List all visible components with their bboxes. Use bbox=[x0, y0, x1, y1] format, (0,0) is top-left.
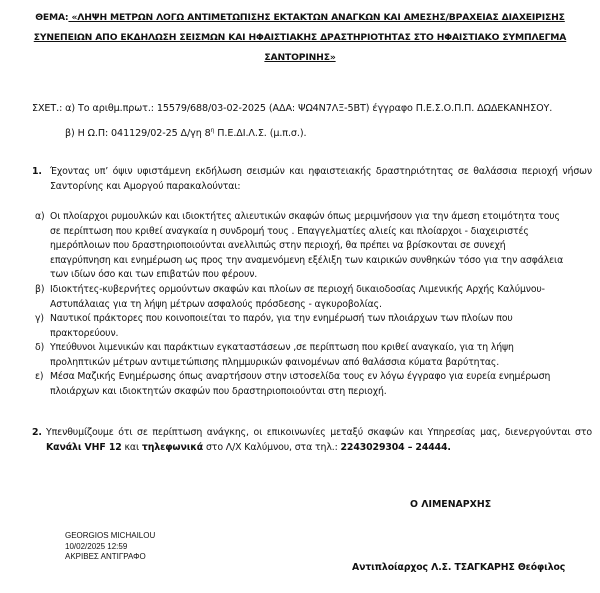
list-item-b: β) Ιδιοκτήτες-κυβερνήτες ορμούντων σκαφώ… bbox=[35, 283, 565, 312]
paragraph-number: 1. bbox=[32, 165, 42, 180]
stamp-datetime: 10/02/2025 12:59 bbox=[65, 542, 155, 553]
vhf-channel: Κανάλι VHF 12 bbox=[46, 442, 122, 453]
text-segment: και bbox=[122, 442, 142, 453]
list-item-e: ε) Μέσα Μαζικής Ενημέρωσης όπως αναρτήσο… bbox=[35, 370, 565, 399]
list-item-text: Οι πλοίαρχοι ρυμουλκών και ιδιοκτήτες αλ… bbox=[50, 210, 565, 283]
phone-emphasis: τηλεφωνικά bbox=[142, 442, 203, 453]
list-marker: β) bbox=[35, 283, 44, 298]
list-marker: γ) bbox=[35, 312, 44, 327]
list-marker: α) bbox=[35, 210, 45, 225]
subject-label: ΘΕΜΑ: bbox=[35, 12, 68, 23]
subject-text-1: «ΛΗΨΗ ΜΕΤΡΩΝ ΛΟΓΩ ΑΝΤΙΜΕΤΩΠΙΣΗΣ ΕΚΤΑΚΤΩΝ… bbox=[68, 12, 564, 23]
list-item-text: Ιδιοκτήτες-κυβερνήτες ορμούντων σκαφών κ… bbox=[50, 283, 565, 312]
list-item-a: α) Οι πλοίαρχοι ρυμουλκών και ιδιοκτήτες… bbox=[35, 210, 565, 283]
reference-b: β) Η Ω.Π: 041129/02-25 Δ/γη 8η Π.Ε.ΔΙ.Λ.… bbox=[65, 127, 306, 139]
list-marker: ε) bbox=[35, 370, 43, 385]
stamp-name: GEORGIOS MICHAILOU bbox=[65, 531, 155, 542]
subject-line-1: ΘΕΜΑ: «ΛΗΨΗ ΜΕΤΡΩΝ ΛΟΓΩ ΑΝΤΙΜΕΤΩΠΙΣΗΣ ΕΚ… bbox=[0, 8, 600, 28]
paragraph-2: 2. Υπενθυμίζουμε ότι σε περίπτωση ανάγκη… bbox=[32, 426, 592, 455]
paragraph-text: Υπενθυμίζουμε ότι σε περίπτωση ανάγκης, … bbox=[46, 426, 592, 455]
list-item-d: δ) Υπεύθυνοι λιμενικών και παράκτιων εγκ… bbox=[35, 341, 565, 370]
document-subject: ΘΕΜΑ: «ΛΗΨΗ ΜΕΤΡΩΝ ΛΟΓΩ ΑΝΤΙΜΕΤΩΠΙΣΗΣ ΕΚ… bbox=[0, 8, 600, 68]
signatory-role: Ο ΛΙΜΕΝΑΡΧΗΣ bbox=[410, 499, 491, 510]
text-segment: στο Λ/Χ Καλύμνου, στα τηλ.: bbox=[203, 442, 340, 453]
digital-signature-stamp: GEORGIOS MICHAILOU 10/02/2025 12:59 ΑΚΡΙ… bbox=[65, 531, 155, 563]
list-marker: δ) bbox=[35, 341, 44, 356]
list-item-text: Μέσα Μαζικής Ενημέρωσης όπως αναρτήσουν … bbox=[50, 370, 565, 399]
reference-b-text: β) Η Ω.Π: 041129/02-25 Δ/γη 8 bbox=[65, 128, 211, 139]
paragraph-1: 1. Έχοντας υπ’ όψιν υφιστάμενη εκδήλωση … bbox=[32, 165, 592, 194]
stamp-note: ΑΚΡΙΒΕΣ ΑΝΤΙΓΡΑΦΟ bbox=[65, 552, 155, 563]
list-item-c: γ) Ναυτικοί πράκτορες που κοινοποιείται … bbox=[35, 312, 565, 341]
text-segment: Υπενθυμίζουμε ότι σε περίπτωση ανάγκης, … bbox=[46, 427, 592, 438]
paragraph-text: Έχοντας υπ’ όψιν υφιστάμενη εκδήλωση σει… bbox=[50, 165, 592, 194]
subject-line-2: ΣΥΝΕΠΕΙΩΝ ΑΠΟ ΕΚΔΗΛΩΣΗ ΣΕΙΣΜΩΝ ΚΑΙ ΗΦΑΙΣ… bbox=[0, 28, 600, 48]
subject-line-3: ΣΑΝΤΟΡΙΝΗΣ» bbox=[0, 48, 600, 68]
list-item-text: Υπεύθυνοι λιμενικών και παράκτιων εγκατα… bbox=[50, 341, 565, 370]
signatory-name: Αντιπλοίαρχος Λ.Σ. ΤΣΑΓΚΑΡΗΣ Θεόφιλος bbox=[352, 562, 565, 573]
reference-a: ΣΧΕΤ.: α) Το αριθμ.πρωτ.: 15579/688/03-0… bbox=[32, 103, 552, 114]
list-item-text: Ναυτικοί πράκτορες που κοινοποιείται το … bbox=[50, 312, 565, 341]
phone-numbers: 2243029304 – 24444. bbox=[341, 442, 451, 453]
paragraph-number: 2. bbox=[32, 426, 42, 441]
reference-b-suffix: Π.Ε.ΔΙ.Λ.Σ. (μ.π.σ.). bbox=[214, 128, 306, 139]
